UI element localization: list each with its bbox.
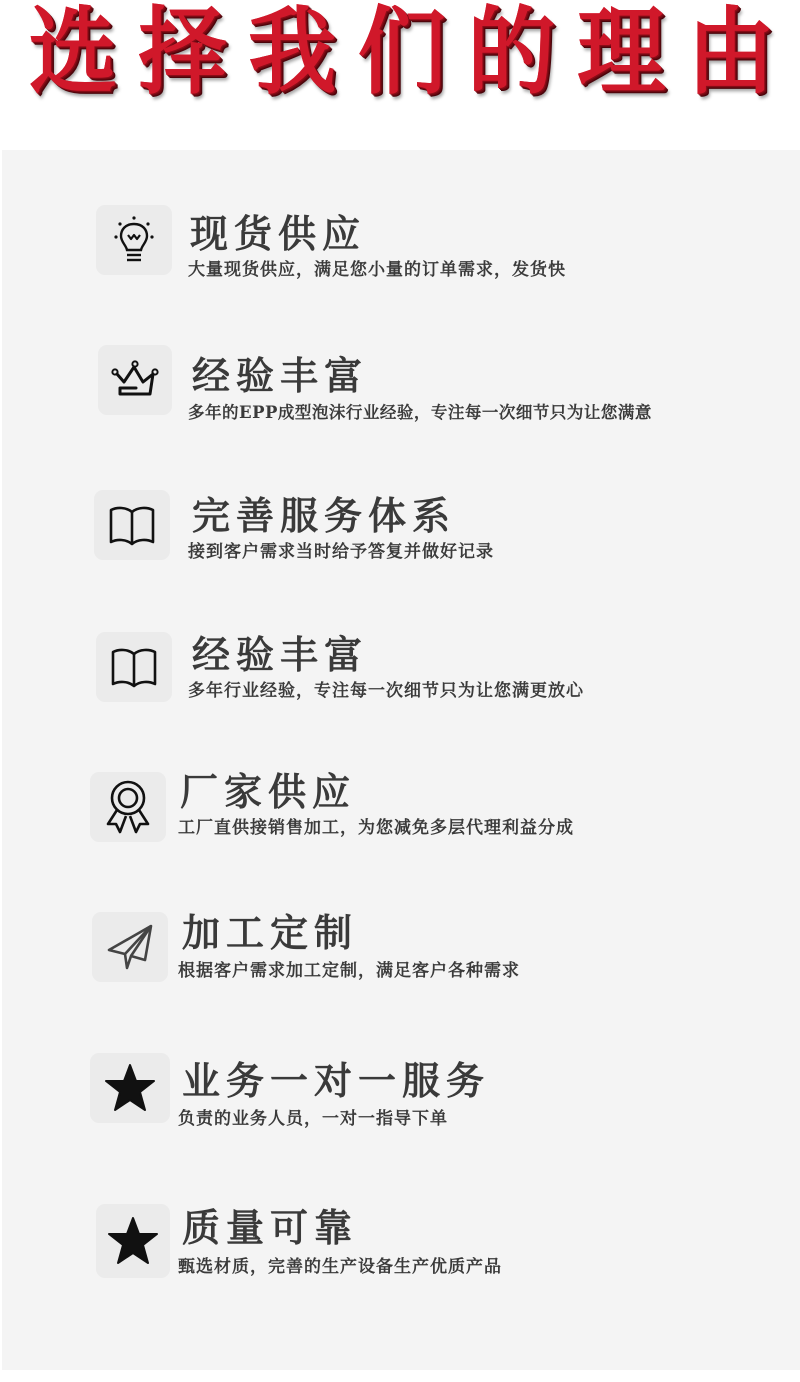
title-char: 理 xyxy=(570,0,672,106)
reason-description: 多年的EPP成型泡沫行业经验，专注每一次细节只为让您满意 xyxy=(188,402,652,424)
reason-title: 经验丰富 xyxy=(192,633,368,677)
book-icon xyxy=(109,646,159,688)
star-icon xyxy=(107,1216,159,1266)
icon-box xyxy=(90,772,166,842)
title-char: 我 xyxy=(241,0,343,106)
title-char: 的 xyxy=(461,0,563,106)
reason-title: 现货供应 xyxy=(190,212,366,256)
reason-description: 根据客户需求加工定制，满足客户各种需求 xyxy=(178,960,520,982)
title-char: 们 xyxy=(351,0,453,106)
title-char: 由 xyxy=(680,0,782,106)
title-char: 选 xyxy=(22,0,124,106)
icon-box xyxy=(96,1204,170,1278)
page-title: 选 择 我 们 的 理 由 xyxy=(22,2,782,102)
star-icon xyxy=(104,1063,156,1113)
reason-title: 完善服务体系 xyxy=(192,494,456,538)
reason-title: 质量可靠 xyxy=(182,1206,358,1250)
icon-box xyxy=(96,205,172,275)
paper-plane-icon xyxy=(105,922,155,972)
title-char: 择 xyxy=(132,0,234,106)
icon-box xyxy=(92,912,168,982)
header: 选 择 我 们 的 理 由 xyxy=(0,0,800,150)
reason-title: 厂家供应 xyxy=(180,770,356,814)
reason-description: 负责的业务人员，一对一指导下单 xyxy=(178,1108,448,1130)
icon-box xyxy=(96,632,172,702)
reasons-panel: 现货供应 大量现货供应，满足您小量的订单需求，发货快 经验丰富 多年的EPP成型… xyxy=(2,150,800,1370)
reason-description: 甄选材质，完善的生产设备生产优质产品 xyxy=(178,1256,502,1278)
reason-title: 加工定制 xyxy=(182,911,358,955)
icon-box xyxy=(98,345,172,415)
reason-description: 多年行业经验，专注每一次细节只为让您满更放心 xyxy=(188,680,584,702)
book-icon xyxy=(107,504,157,546)
lightbulb-icon xyxy=(112,215,156,265)
crown-icon xyxy=(110,360,160,400)
reason-description: 大量现货供应，满足您小量的订单需求，发货快 xyxy=(188,259,566,281)
icon-box xyxy=(94,490,170,560)
reason-title: 经验丰富 xyxy=(192,354,368,398)
reason-title: 业务一对一服务 xyxy=(182,1059,490,1103)
reason-description: 工厂直供接销售加工，为您减免多层代理利益分成 xyxy=(178,817,574,839)
reason-description: 接到客户需求当时给予答复并做好记录 xyxy=(188,541,494,563)
award-ribbon-icon xyxy=(105,778,151,836)
icon-box xyxy=(90,1053,170,1123)
